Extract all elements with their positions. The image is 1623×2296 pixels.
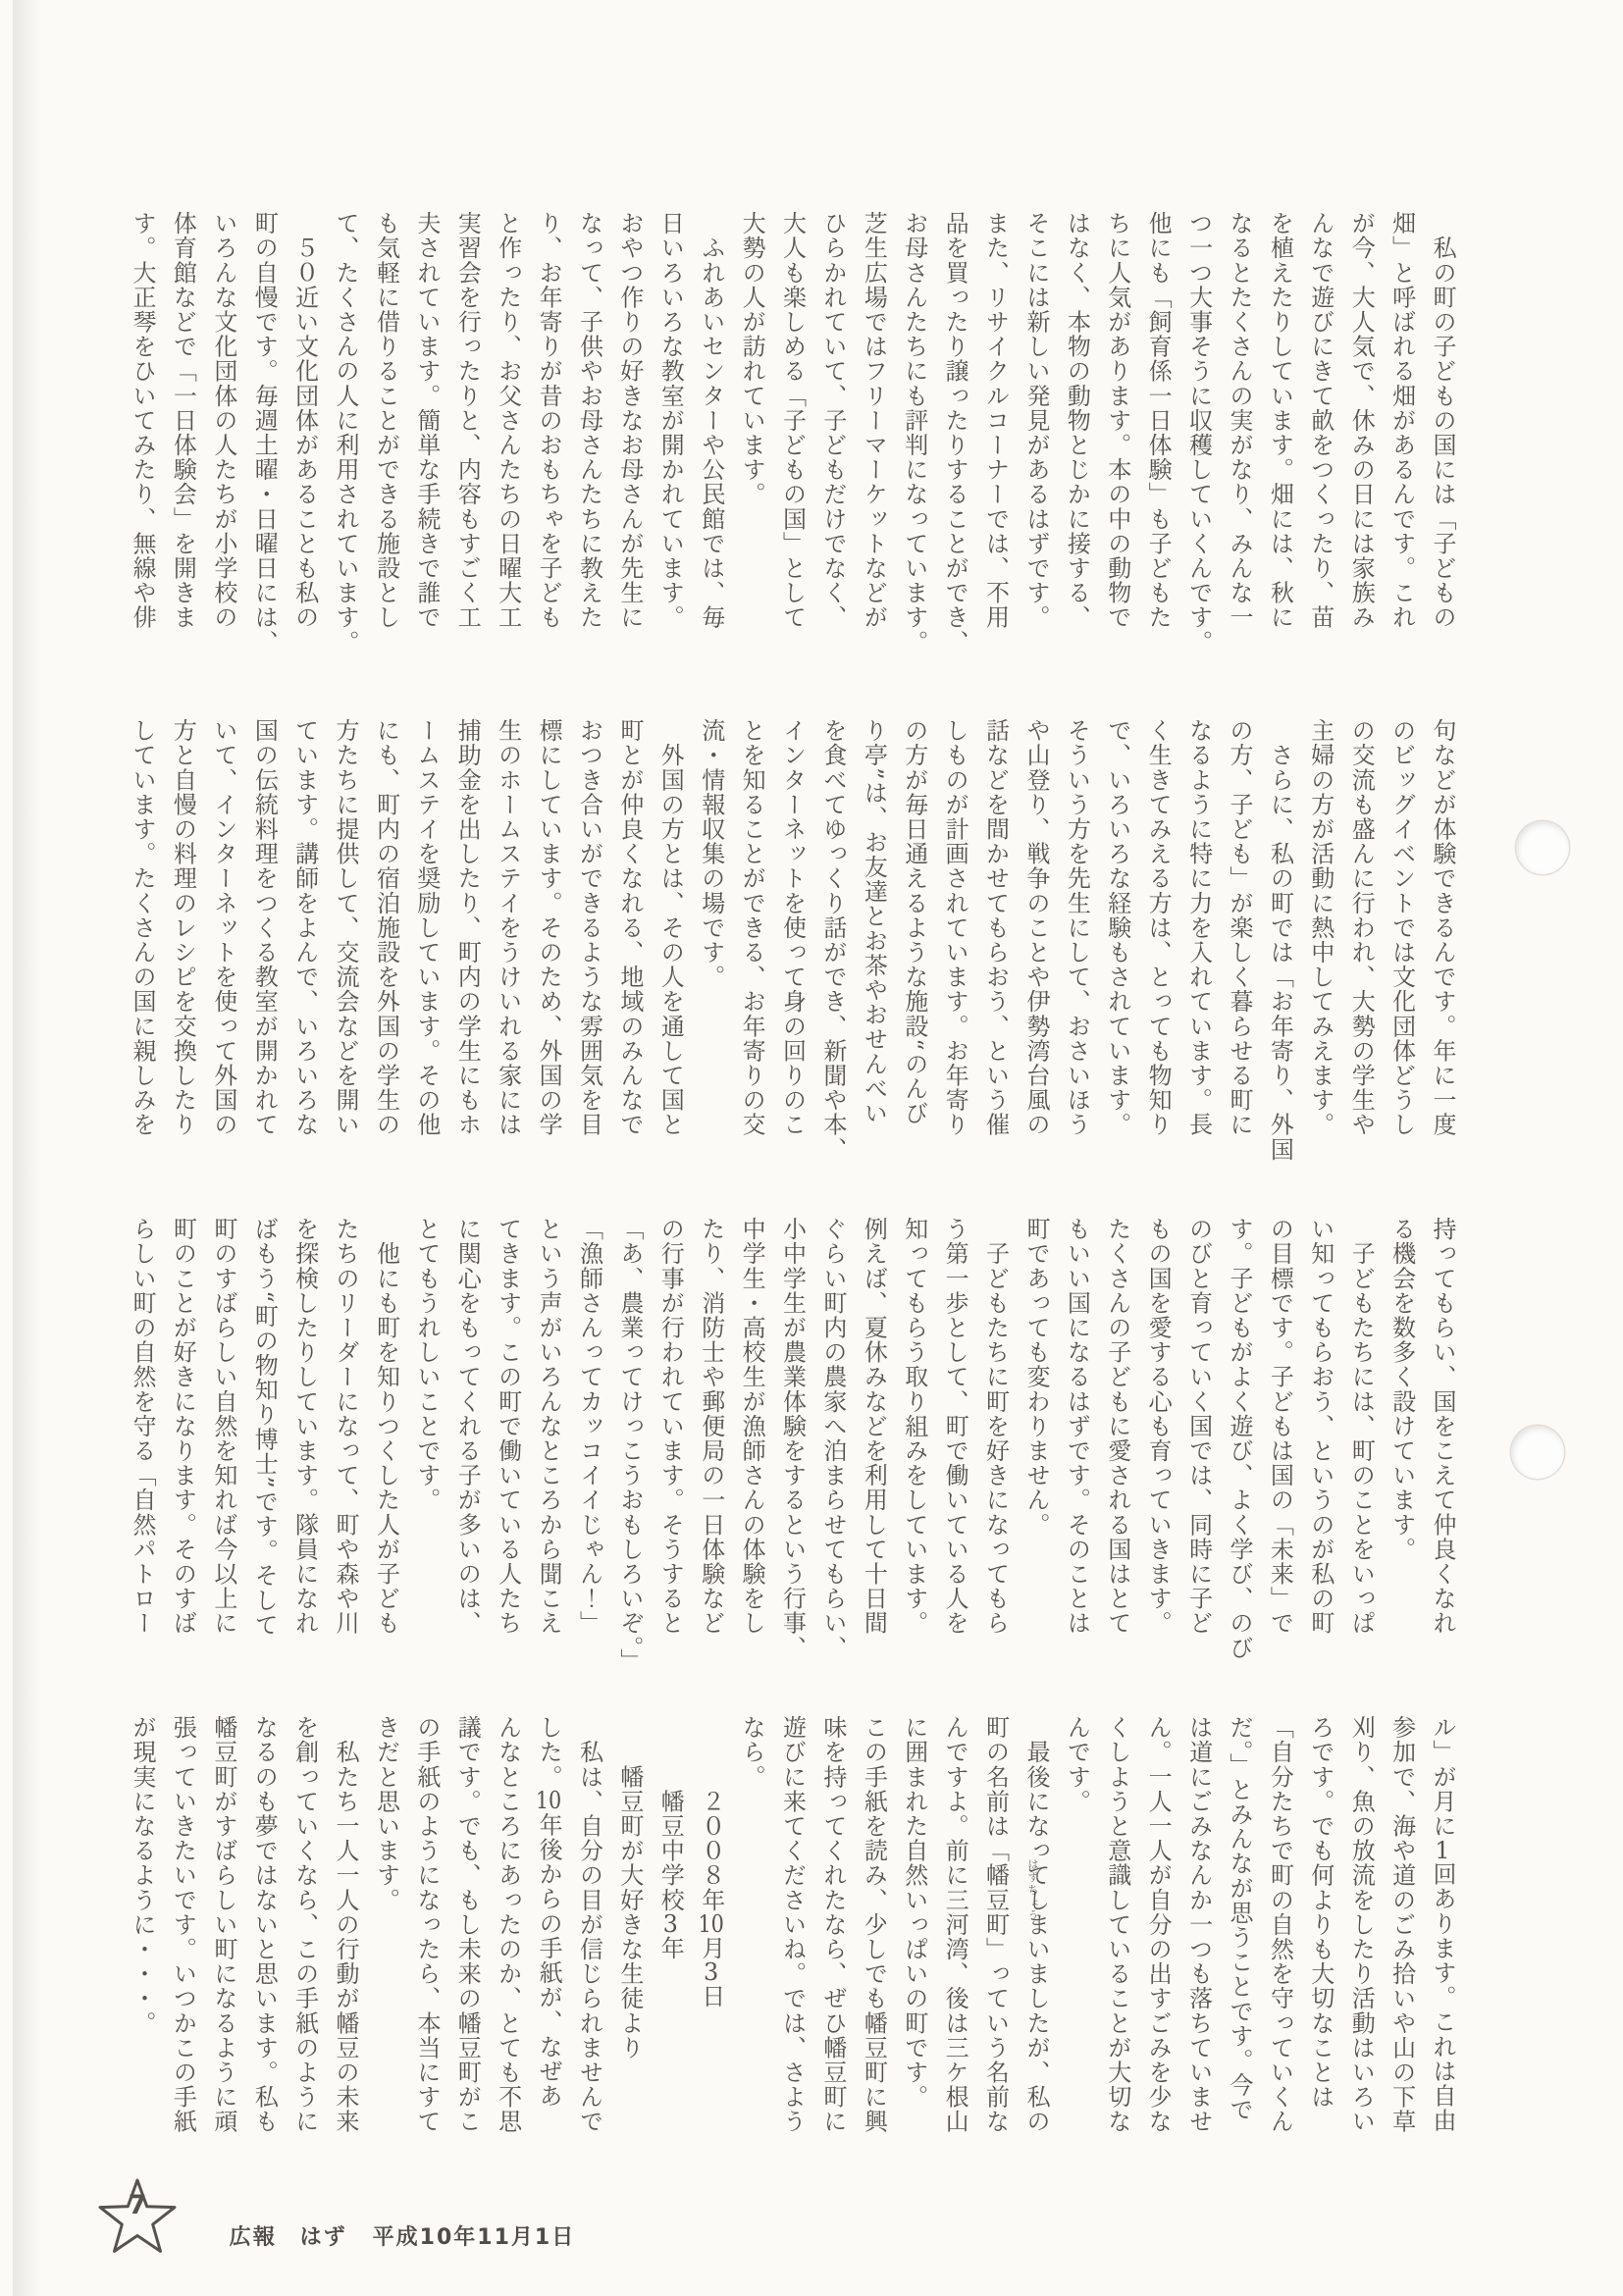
page-number: 7 — [96, 2190, 179, 2220]
footer-publication-line: 広報 はず平成10年11月1日 — [191, 2196, 575, 2275]
furigana-hazucho: はずちょう — [1026, 1858, 1039, 1922]
article-text-band-3: 持ってもらい、国をこえて仲良くなれ る機会を数多く設けています。 子どもたちには… — [122, 1217, 1462, 1654]
scanned-newsletter-page: 私の町の子どもの国には「子どもの 畑」と呼ばれる畑があるんです。これ が今、大人… — [0, 0, 1623, 2296]
punch-hole-bottom — [1511, 1426, 1564, 1479]
issue-date: 平成10年11月1日 — [373, 2225, 576, 2250]
article-text-band-4: ル」が月に1回あります。これは自由 参加で、海や道のごみ拾いや山の下草 刈り、魚… — [122, 1715, 1462, 2153]
article-text-band-2: 句などが体験できるんです。年に一度 のビッグイベントでは文化団体どうし の交流も… — [122, 718, 1462, 1156]
punch-hole-top — [1516, 821, 1569, 874]
article-text-band-1: 私の町の子どもの国には「子どもの 畑」と呼ばれる畑があるんです。これ が今、大人… — [122, 211, 1462, 649]
scan-edge-shadow — [13, 0, 40, 2296]
page-number-star: 7 — [96, 2176, 179, 2259]
publication-title: 広報 はず — [230, 2225, 347, 2250]
